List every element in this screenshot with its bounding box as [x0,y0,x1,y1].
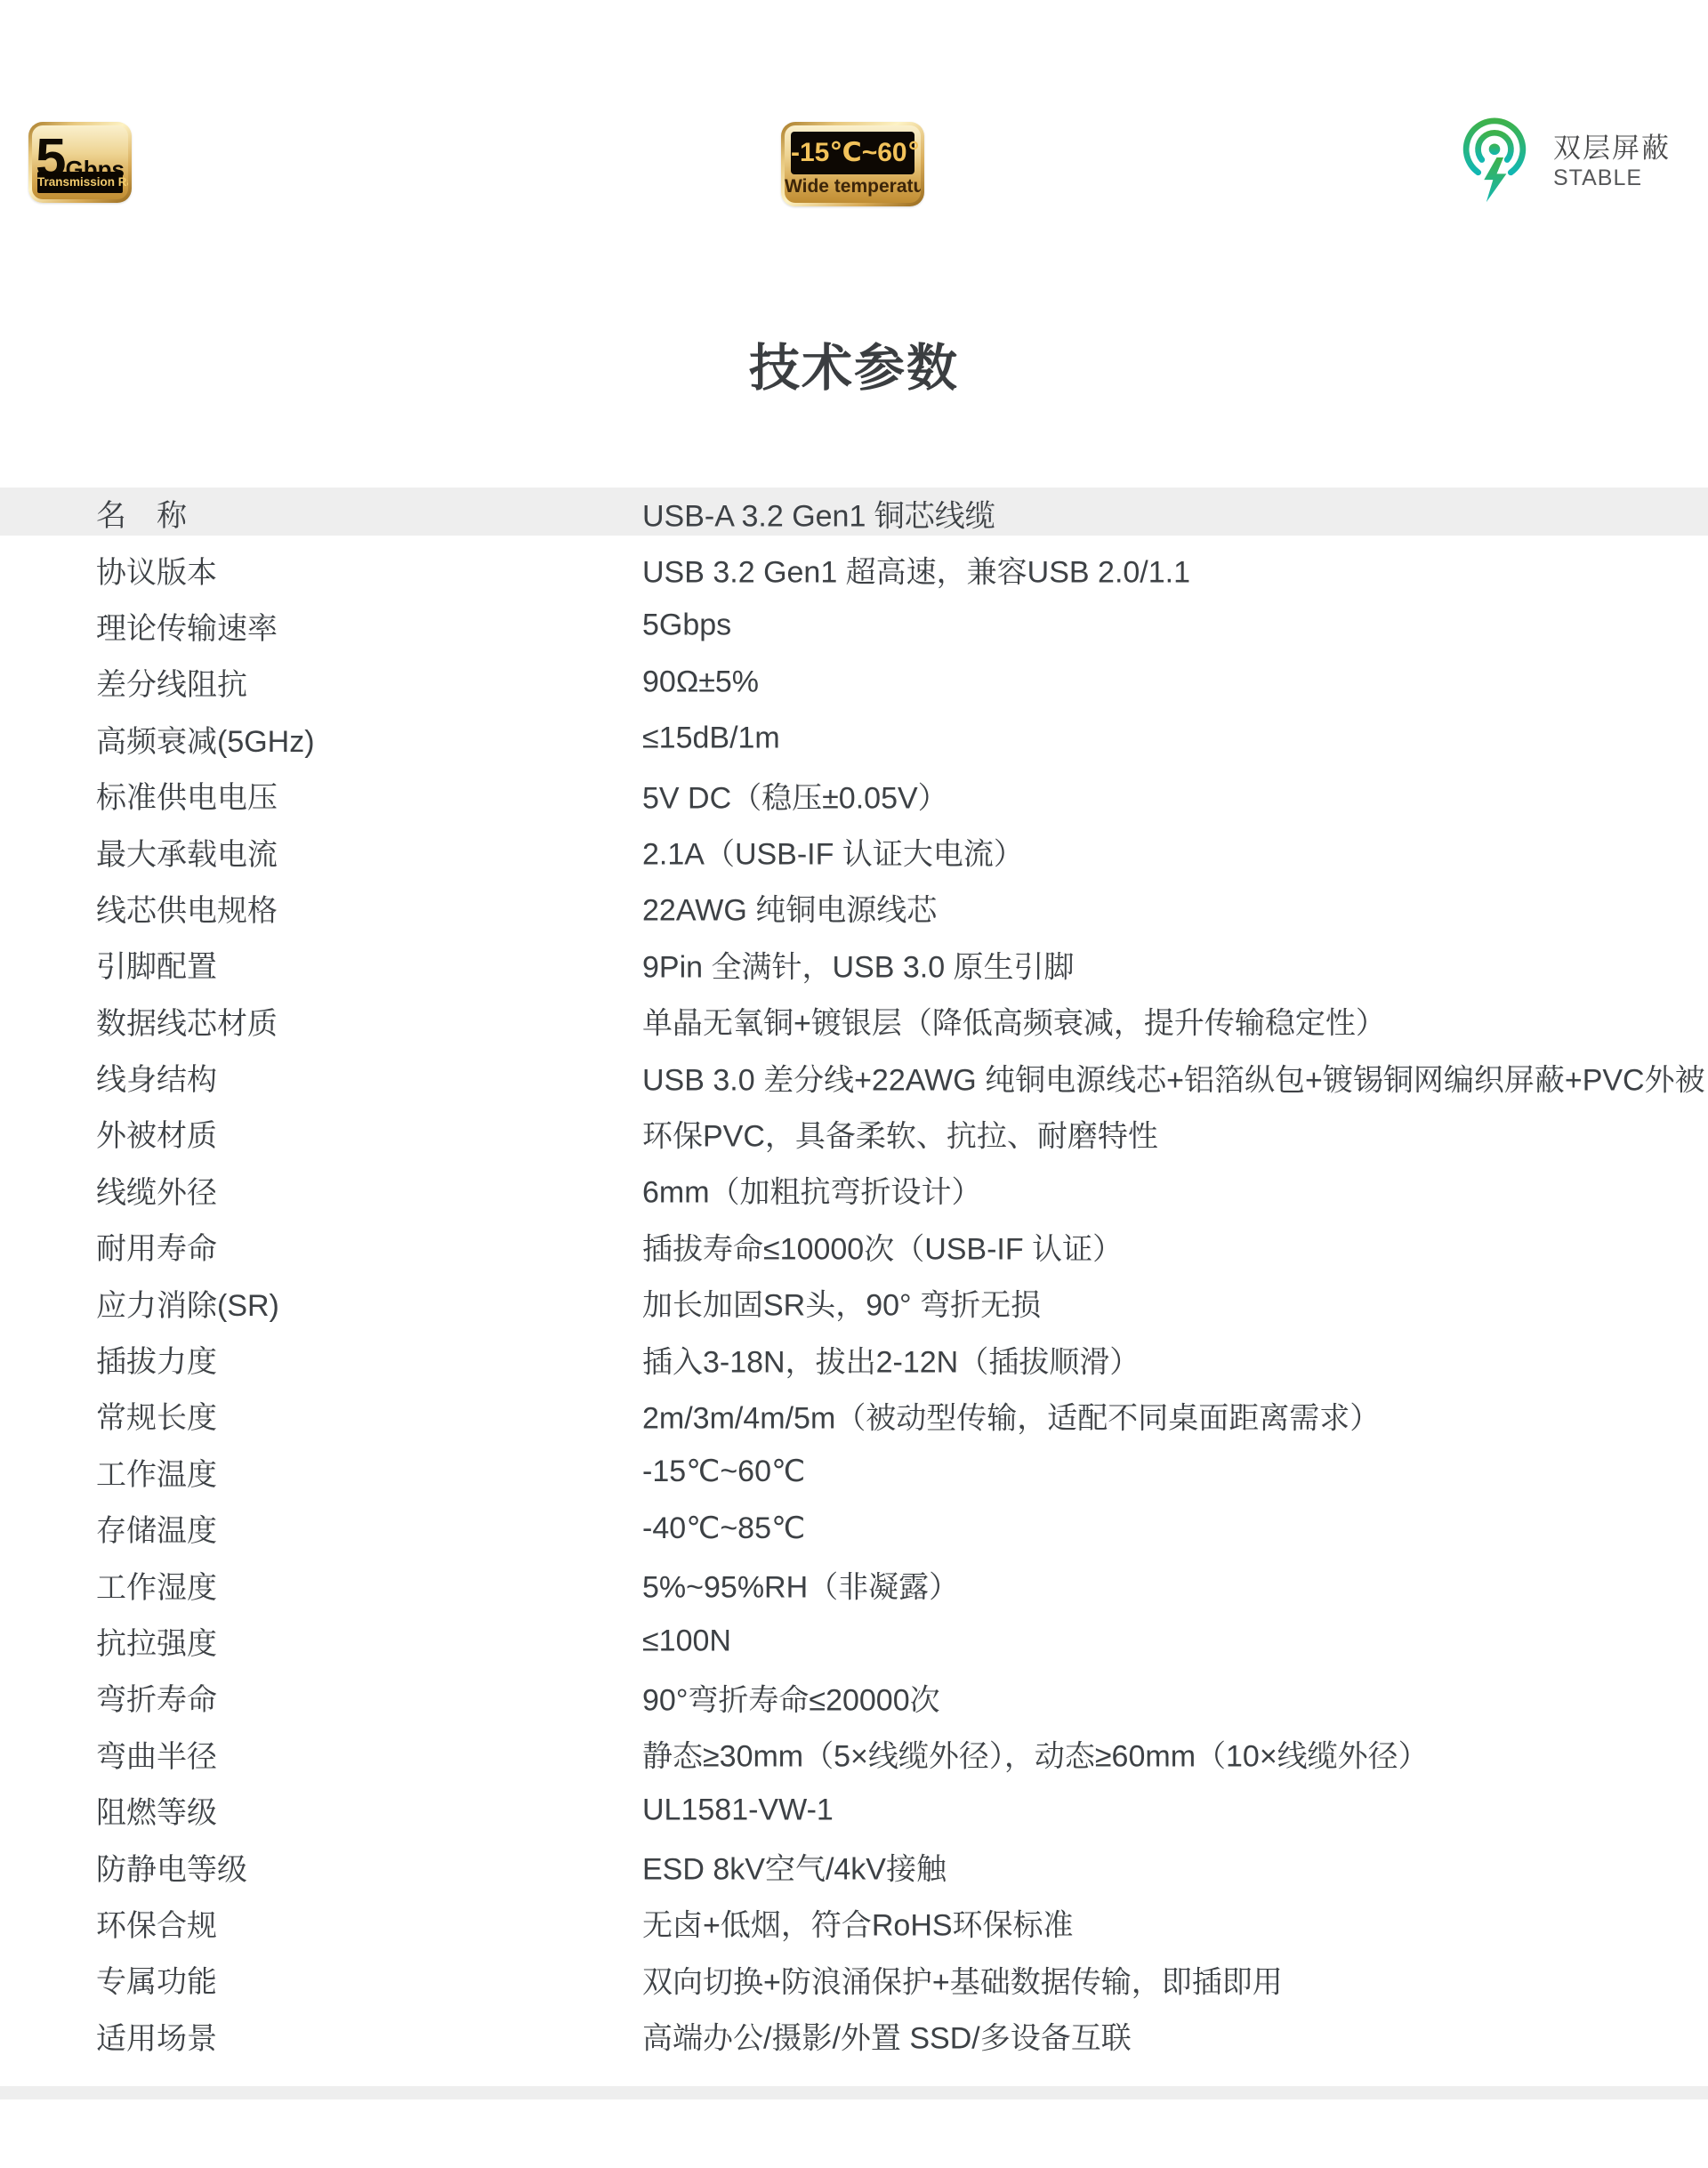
temperature-caption: Wide temperature [785,176,921,197]
spec-label: 常规长度 [0,1393,594,1437]
table-row: 数据线芯材质 单晶无氧铜+镀银层（降低高频衰减，提升传输稳定性） [0,993,1708,1049]
shield-title: 双层屏蔽 [1553,133,1671,165]
spec-value: 无卤+低烟，符合RoHS环保标准 [642,1901,1074,1945]
shield-badge: 双层屏蔽 STABLE [1457,116,1671,208]
table-row: 耐用寿命 插拔寿命≤10000次（USB-IF 认证） [0,1218,1708,1274]
shield-signal-lightning-icon [1457,116,1532,208]
spec-value: 2.1A（USB-IF 认证大电流） [642,830,1024,874]
table-row: 弯曲半径 静态≥30mm（5×线缆外径），动态≥60mm（10×线缆外径） [0,1726,1708,1782]
table-row: 阻燃等级 UL1581-VW-1 [0,1782,1708,1838]
spec-value: 双向切换+防浪涌保护+基础数据传输，即插即用 [642,1957,1283,2001]
table-row: 工作温度 -15℃~60℃ [0,1444,1708,1500]
table-row: 抗拉强度 ≤100N [0,1613,1708,1669]
spec-value: 5%~95%RH（非凝露） [642,1563,959,1607]
spec-label: 线身结构 [0,1055,594,1099]
spec-label: 插拔力度 [0,1337,594,1381]
table-row: 线芯供电规格 22AWG 纯铜电源线芯 [0,880,1708,936]
table-row: 标准供电电压 5V DC（稳压±0.05V） [0,767,1708,823]
table-row: 最大承载电流 2.1A（USB-IF 认证大电流） [0,823,1708,879]
spec-label: 名 称 [0,491,594,535]
spec-value: -40℃~85℃ [642,1511,805,1546]
table-row: 引脚配置 9Pin 全满针，USB 3.0 原生引脚 [0,936,1708,992]
spec-value: 单晶无氧铜+镀银层（降低高频衰减，提升传输稳定性） [642,999,1386,1043]
spec-value: 高端办公/摄影/外置 SSD/多设备互联 [642,2014,1132,2058]
temperature-badge: -15℃~60℃ Wide temperature [781,122,924,206]
spec-label: 抗拉强度 [0,1619,594,1663]
table-row: 防静电等级 ESD 8kV空气/4kV接触 [0,1838,1708,1894]
spec-value: -15℃~60℃ [642,1454,805,1489]
spec-value: 6mm（加粗抗弯折设计） [642,1168,982,1212]
spec-label: 适用场景 [0,2014,594,2058]
spec-value: 加长加固SR头，90° 弯折无损 [642,1281,1041,1325]
spec-value: 环保PVC，具备柔软、抗拉、耐磨特性 [642,1111,1158,1155]
table-row: 协议版本 USB 3.2 Gen1 超高速，兼容USB 2.0/1.1 [0,541,1708,597]
spec-value: 90Ω±5% [642,665,759,699]
spec-label: 标准供电电压 [0,773,594,817]
table-row: 常规长度 2m/3m/4m/5m（被动型传输，适配不同桌面距离需求） [0,1387,1708,1443]
table-row: 适用场景 高端办公/摄影/外置 SSD/多设备互联 [0,2008,1708,2064]
table-row: 应力消除(SR) 加长加固SR头，90° 弯折无损 [0,1274,1708,1330]
spec-value: 2m/3m/4m/5m（被动型传输，适配不同桌面距离需求） [642,1393,1380,1437]
spec-label: 耐用寿命 [0,1224,594,1268]
spec-value: ≤100N [642,1624,731,1658]
footer-divider-band [0,2086,1708,2099]
spec-value: ESD 8kV空气/4kV接触 [642,1845,947,1889]
table-row: 外被材质 环保PVC，具备柔软、抗拉、耐磨特性 [0,1105,1708,1161]
page-title: 技术参数 [0,327,1708,400]
spec-label: 数据线芯材质 [0,999,594,1043]
table-row: 理论传输速率 5Gbps [0,598,1708,654]
speed-badge: 5Gbps Transmission Rate [28,122,132,203]
table-row: 存储温度 -40℃~85℃ [0,1500,1708,1556]
spec-sheet-page: 5Gbps Transmission Rate -15℃~60℃ Wide te… [0,0,1708,2168]
table-row: 线身结构 USB 3.0 差分线+22AWG 纯铜电源线芯+铝箔纵包+镀锡铜网编… [0,1049,1708,1105]
spec-label: 差分线阻抗 [0,660,594,704]
table-row: 工作湿度 5%~95%RH（非凝露） [0,1556,1708,1612]
spec-value: 插入3-18N，拔出2-12N（插拔顺滑） [642,1337,1140,1381]
spec-table: 名 称 USB-A 3.2 Gen1 铜芯线缆 协议版本 USB 3.2 Gen… [0,485,1708,2064]
spec-label: 线缆外径 [0,1168,594,1212]
spec-label: 外被材质 [0,1111,594,1155]
temperature-badge-inner: -15℃~60℃ Wide temperature [785,125,921,203]
table-row: 插拔力度 插入3-18N，拔出2-12N（插拔顺滑） [0,1331,1708,1387]
spec-label: 阻燃等级 [0,1788,594,1832]
table-row: 专属功能 双向切换+防浪涌保护+基础数据传输，即插即用 [0,1951,1708,2007]
spec-label: 专属功能 [0,1957,594,2001]
spec-label: 防静电等级 [0,1845,594,1889]
spec-value: USB 3.2 Gen1 超高速，兼容USB 2.0/1.1 [642,548,1190,592]
spec-label: 工作温度 [0,1450,594,1494]
spec-value: ≤15dB/1m [642,721,780,756]
spec-value: 静态≥30mm（5×线缆外径），动态≥60mm（10×线缆外径） [642,1732,1429,1776]
spec-label: 弯折寿命 [0,1675,594,1719]
table-row: 名 称 USB-A 3.2 Gen1 铜芯线缆 [0,485,1708,541]
table-row: 弯折寿命 90°弯折寿命≤20000次 [0,1669,1708,1725]
spec-label: 高频衰减(5GHz) [0,717,594,761]
shield-badge-text: 双层屏蔽 STABLE [1553,133,1671,190]
spec-value: 90°弯折寿命≤20000次 [642,1675,940,1719]
spec-value: UL1581-VW-1 [642,1793,834,1827]
spec-label: 协议版本 [0,548,594,592]
spec-label: 引脚配置 [0,942,594,986]
table-row: 高频衰减(5GHz) ≤15dB/1m [0,711,1708,767]
spec-value: 5V DC（稳压±0.05V） [642,773,948,817]
table-row: 差分线阻抗 90Ω±5% [0,654,1708,710]
table-row: 线缆外径 6mm（加粗抗弯折设计） [0,1162,1708,1218]
spec-value: 5Gbps [642,608,731,643]
spec-label: 存储温度 [0,1506,594,1550]
speed-caption: Transmission Rate [37,172,123,193]
spec-value: 22AWG 纯铜电源线芯 [642,886,937,930]
speed-badge-inner: 5Gbps Transmission Rate [32,125,128,199]
spec-label: 环保合规 [0,1901,594,1945]
temperature-range: -15℃~60℃ [791,132,914,174]
spec-value: 9Pin 全满针，USB 3.0 原生引脚 [642,942,1075,986]
spec-label: 应力消除(SR) [0,1281,594,1325]
shield-subtitle: STABLE [1553,166,1671,191]
spec-value: USB 3.0 差分线+22AWG 纯铜电源线芯+铝箔纵包+镀锡铜网编织屏蔽+P… [642,1055,1705,1099]
spec-label: 工作湿度 [0,1563,594,1607]
spec-label: 弯曲半径 [0,1732,594,1776]
spec-label: 理论传输速率 [0,604,594,648]
spec-label: 最大承载电流 [0,830,594,874]
spec-value: USB-A 3.2 Gen1 铜芯线缆 [642,491,995,535]
table-row: 环保合规 无卤+低烟，符合RoHS环保标准 [0,1895,1708,1951]
spec-value: 插拔寿命≤10000次（USB-IF 认证） [642,1224,1123,1268]
spec-label: 线芯供电规格 [0,886,594,930]
